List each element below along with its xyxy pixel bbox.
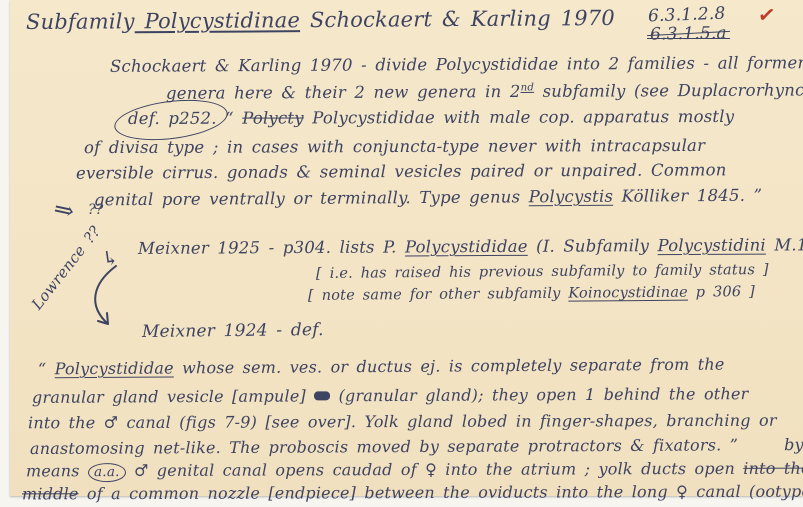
text-segment: granular gland vesicle [ampule]	[32, 386, 314, 406]
text-segment: Kölliker 1845. ”	[613, 186, 762, 206]
catalogue-code-old-struck: 6.3.1.5.a	[650, 23, 727, 44]
margin-query-marks: ??	[88, 202, 103, 218]
strikethrough-text: into the	[743, 459, 803, 478]
text-segment: Polycystididae with male cop. apparatus …	[304, 107, 735, 128]
title-prefix: Subfamily	[26, 9, 135, 34]
bracket-note-2: [ note same for other subfamily Koinocys…	[308, 284, 755, 304]
text-segment: genera here & their 2 new genera in 2	[166, 82, 521, 103]
taxon-underlined: Polycystidini	[658, 236, 766, 256]
para1-line5: eversible cirrus. gonads & seminal vesic…	[76, 160, 727, 182]
red-checkmark-icon: ✓	[756, 1, 777, 28]
text-segment: def. p252. “	[128, 109, 242, 128]
text-segment: means	[26, 461, 88, 480]
quote-line5: means a.a. ♂ genital canal opens caudad …	[26, 459, 803, 483]
title-authors: Schockaert & Karling 1970	[300, 6, 615, 32]
scanned-index-card-page: Subfamily Polycystidinae Schockaert & Ka…	[0, 0, 803, 507]
text-segment: of a common nozzle [endpiece] between th…	[79, 482, 803, 504]
para1-line1: Schockaert & Karling 1970 - divide Polyc…	[110, 53, 803, 76]
para1-line4: of divisa type ; in cases with conjuncta…	[84, 136, 705, 157]
quote-line3: into the ♂ canal (figs 7-9) [see over]. …	[28, 411, 777, 433]
text-segment: (granular gland); they open 1 behind the…	[330, 384, 748, 405]
text-segment: Meixner 1925 - p304. lists P.	[138, 237, 405, 257]
para1-line3: def. p252. “ Polycty Polycystididae with…	[128, 107, 734, 128]
circled-annotation: a.a.	[88, 463, 126, 482]
strikethrough-text: Polycty	[242, 108, 304, 127]
double-arrow-icon: ⇒	[51, 194, 77, 226]
taxon-underlined: Koinocystidinae	[568, 285, 688, 302]
text-segment: genital pore ventrally or terminally. Ty…	[94, 187, 529, 209]
text-segment: ♂ genital canal opens caudad of ♀ into t…	[126, 459, 744, 480]
quote-line4: anastomosing net-like. The proboscis mov…	[30, 435, 803, 458]
text-segment: M.1924)	[766, 235, 803, 254]
para1-line6: genital pore ventrally or terminally. Ty…	[94, 186, 762, 210]
meixner1924-line: Meixner 1924 - def.	[142, 320, 324, 342]
taxon-underlined: Polycystis	[529, 187, 614, 207]
title-taxon-underlined: Polycystidinae	[135, 8, 301, 33]
text-segment: by	[784, 435, 803, 454]
meixner1925-line: Meixner 1925 - p304. lists P. Polycystid…	[138, 235, 803, 258]
strikethrough-text: 6.3.1.5.a	[650, 23, 727, 44]
text-segment: p 306 ]	[688, 284, 755, 301]
text-segment: whose sem. ves. or ductus ej. is complet…	[174, 355, 725, 378]
curved-arrow-icon	[76, 262, 146, 337]
text-segment: (I. Subfamily	[528, 236, 658, 256]
taxon-underlined: Polycystididae	[405, 237, 528, 257]
scribbled-out-word	[314, 391, 330, 400]
card-title-line: Subfamily Polycystidinae Schockaert & Ka…	[26, 6, 615, 34]
para1-line2: genera here & their 2 new genera in 2nd …	[166, 80, 803, 103]
text-segment: subfamily (see Duplacrorhynchinae)	[534, 80, 803, 101]
bracket-note-1: [ i.e. has raised his previous subfamily…	[316, 262, 769, 282]
taxon-underlined: Polycystididae	[55, 358, 174, 378]
quote-line1: “ Polycystididae whose sem. ves. or duct…	[38, 355, 725, 379]
quote-line6: middle of a common nozzle [endpiece] bet…	[22, 482, 803, 504]
ordinal-superscript: nd	[521, 82, 535, 93]
text-segment: anastomosing net-like. The proboscis mov…	[30, 435, 738, 458]
text-segment: “	[38, 359, 55, 378]
strikethrough-text: middle	[22, 484, 79, 503]
index-card: Subfamily Polycystidinae Schockaert & Ka…	[10, 0, 803, 496]
quote-line2: granular gland vesicle [ampule] (granula…	[32, 384, 749, 407]
text-segment: [ note same for other subfamily	[308, 286, 568, 304]
